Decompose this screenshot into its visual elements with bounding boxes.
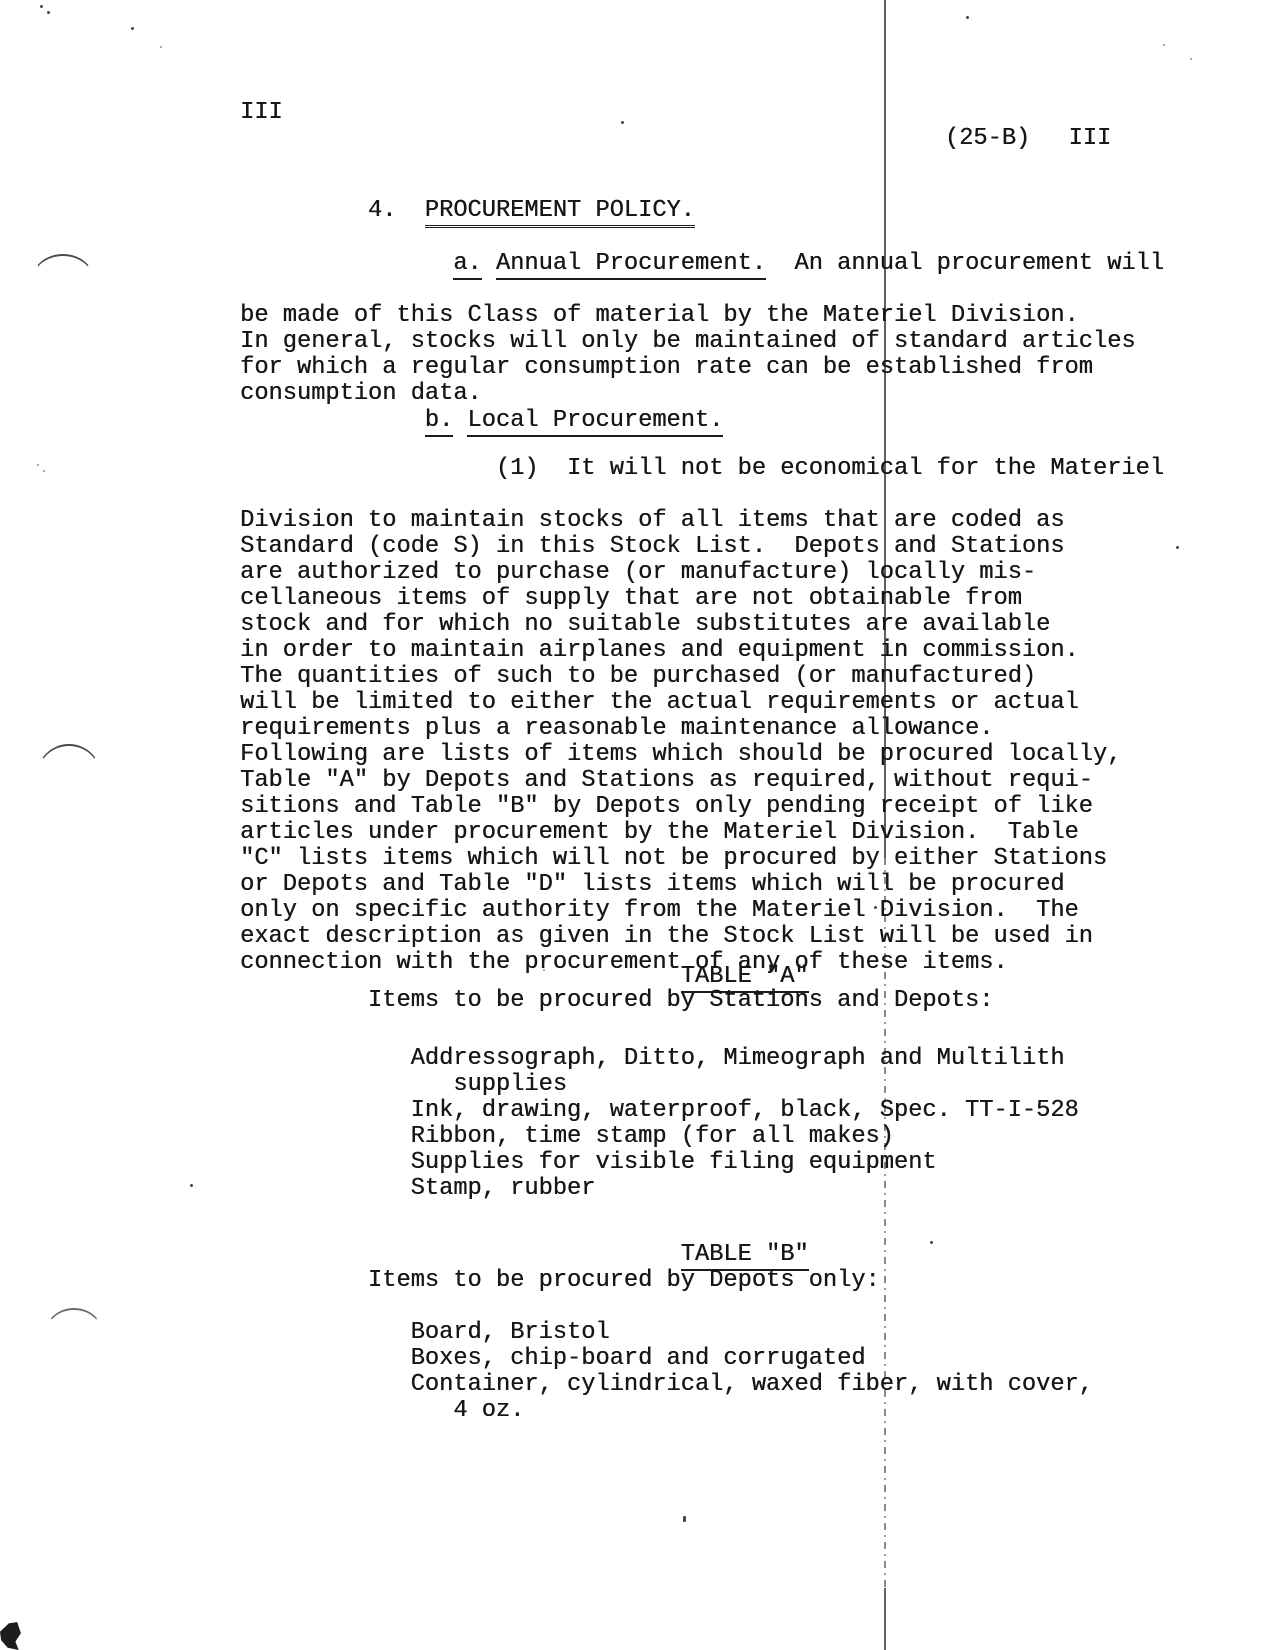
scan-speck	[160, 46, 162, 48]
paragraph-text-line: Standard (code S) in this Stock List. De…	[240, 534, 1164, 560]
list-item: Board, Bristol	[240, 1320, 1093, 1346]
corner-ink-blot	[0, 1622, 22, 1650]
scan-speck	[621, 121, 624, 124]
vertical-rule-bottom	[884, 1588, 886, 1650]
scan-speck	[543, 969, 545, 971]
paragraph-text-line: will be limited to either the actual req…	[240, 690, 1164, 716]
header-page-numeral-right: III	[1069, 125, 1112, 152]
paragraph-first-line: a.Annual Procurement. An annual procurem…	[240, 225, 1164, 303]
paragraph-annual-procurement: a.Annual Procurement. An annual procurem…	[240, 225, 1164, 407]
list-item: Ribbon, time stamp (for all makes)	[240, 1124, 1079, 1150]
scan-speck	[930, 1241, 933, 1244]
header-page-numeral-left: III	[240, 100, 283, 126]
paragraph-text: An annual procurement will	[766, 250, 1164, 277]
header-stock-class-code: (25-B)	[945, 125, 1030, 152]
list-item: Stamp, rubber	[240, 1176, 1079, 1202]
list-item: Boxes, chip-board and corrugated	[240, 1346, 1093, 1372]
paragraph-text-line: cellaneous items of supply that are not …	[240, 586, 1164, 612]
list-item-continuation: supplies	[240, 1072, 1079, 1098]
paragraph-text-line: Following are lists of items which shoul…	[240, 742, 1164, 768]
list-item: Supplies for visible filing equipment	[240, 1150, 1079, 1176]
paragraph-text-line: In general, stocks will only be maintain…	[240, 329, 1164, 355]
section-title: PROCUREMENT POLICY.	[425, 197, 695, 228]
margin-pen-arc	[36, 744, 102, 778]
scan-speck	[37, 464, 39, 466]
section-number: 4.	[368, 197, 396, 224]
paragraph-text-line: in order to maintain airplanes and equip…	[240, 638, 1164, 664]
paragraph-local-procurement-body: (1) It will not be economical for the Ma…	[240, 430, 1164, 976]
scan-speck	[47, 11, 50, 14]
list-item-continuation: 4 oz.	[240, 1398, 1093, 1424]
table-b-items: Board, Bristol Boxes, chip-board and cor…	[240, 1320, 1093, 1424]
paragraph-label-a: a.	[453, 250, 481, 280]
paragraph-text-line: Table "A" by Depots and Stations as requ…	[240, 768, 1164, 794]
document-page: III (25-B)III 4.PROCUREMENT POLICY. a.An…	[0, 0, 1275, 1650]
paragraph-text-line: requirements plus a reasonable maintenan…	[240, 716, 1164, 742]
paragraph-text-line: articles under procurement by the Materi…	[240, 820, 1164, 846]
paragraph-text-line: The quantities of such to be purchased (…	[240, 664, 1164, 690]
scan-speck	[131, 27, 134, 30]
paragraph-text-line: sitions and Table "B" by Depots only pen…	[240, 794, 1164, 820]
scan-speck	[43, 470, 45, 472]
paragraph-text: It will not be economical for the Materi…	[539, 455, 1164, 482]
table-a-intro: Items to be procured by Stations and Dep…	[240, 988, 993, 1014]
paragraph-text-line: be made of this Class of material by the…	[240, 303, 1164, 329]
paragraph-text-line: Division to maintain stocks of all items…	[240, 508, 1164, 534]
paragraph-text-line: "C" lists items which will not be procur…	[240, 846, 1164, 872]
paragraph-text-line: stock and for which no suitable substitu…	[240, 612, 1164, 638]
table-b-intro: Items to be procured by Depots only:	[240, 1268, 880, 1294]
paragraph-first-line: (1) It will not be economical for the Ma…	[240, 430, 1164, 508]
scan-speck	[966, 16, 969, 19]
scan-speck	[1163, 44, 1165, 46]
paragraph-text-line: or Depots and Table "D" lists items whic…	[240, 872, 1164, 898]
scan-speck	[1176, 546, 1179, 549]
table-a-items: Addressograph, Ditto, Mimeograph and Mul…	[240, 1046, 1079, 1202]
paragraph-label-1: (1)	[496, 455, 539, 482]
scan-speck	[40, 5, 43, 8]
margin-pen-arc	[32, 254, 94, 280]
margin-pen-arc	[46, 1308, 102, 1332]
scan-speck	[1190, 58, 1192, 60]
header-right: (25-B)III	[888, 100, 1111, 178]
paragraph-text-line: only on specific authority from the Mate…	[240, 898, 1164, 924]
scan-speck	[190, 1184, 193, 1187]
list-item: Addressograph, Ditto, Mimeograph and Mul…	[240, 1046, 1079, 1072]
paragraph-text-line: are authorized to purchase (or manufactu…	[240, 560, 1164, 586]
list-item: Ink, drawing, waterproof, black, Spec. T…	[240, 1098, 1079, 1124]
scan-speck	[874, 906, 877, 909]
list-item: Container, cylindrical, waxed fiber, wit…	[240, 1372, 1093, 1398]
paragraph-subtitle: Annual Procurement.	[496, 250, 766, 280]
scan-speck	[683, 1516, 686, 1522]
paragraph-text-line: for which a regular consumption rate can…	[240, 355, 1164, 381]
